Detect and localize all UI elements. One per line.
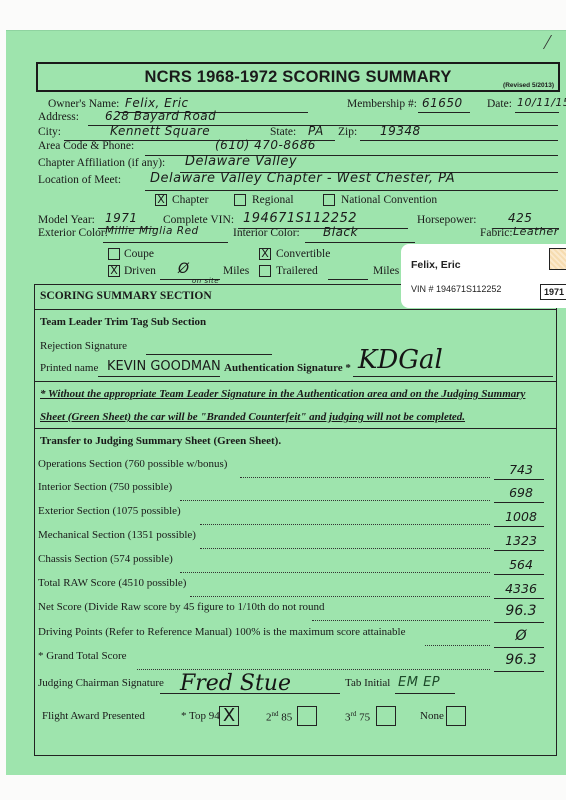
chairman-signature-line — [160, 693, 340, 694]
membership-line — [418, 112, 470, 113]
driven-checkbox-label: Driven — [124, 265, 156, 277]
driven-miles-field[interactable]: Ø — [178, 261, 190, 277]
mechanical-score[interactable]: 1323 — [498, 533, 544, 548]
net-score-label-text: Net Score (Divide Raw score by 45 figure… — [38, 601, 325, 613]
exterior-color-line — [103, 242, 228, 243]
trailered-miles-label: Miles — [373, 265, 399, 277]
date-line — [515, 112, 559, 113]
printed-name-field[interactable]: KEVIN GOODMAN — [107, 359, 221, 374]
chapter-affiliation-label: Chapter Affiliation (if any): — [38, 157, 165, 169]
grand-total-score[interactable]: 96.3 — [498, 652, 544, 668]
flight-award-label: Flight Award Presented — [42, 710, 145, 722]
score-line — [494, 526, 544, 527]
operations-label: Operations Section (760 possible w/bonus… — [38, 458, 227, 470]
printed-name-line — [98, 376, 220, 377]
chairman-signature-label: Judging Chairman Signature — [38, 677, 164, 689]
sticker-vin: VIN # 194671S112252 — [411, 284, 501, 294]
leader-dots — [180, 572, 490, 573]
state-field[interactable]: PA — [308, 124, 324, 138]
award-top-94-label: * Top 94 — [181, 710, 220, 722]
operations-score[interactable]: 743 — [498, 462, 544, 477]
color-swatch-icon — [549, 248, 566, 270]
regional-checkbox[interactable] — [234, 194, 246, 206]
printed-name-label: Printed name — [40, 362, 98, 374]
interior-color-label: Interior Color: — [233, 227, 300, 239]
vin-field[interactable]: 194671S112252 — [243, 211, 357, 226]
warning-line-1: * Without the appropriate Team Leader Si… — [40, 388, 525, 400]
authentication-signature-label: Authentication Signature * — [224, 362, 351, 374]
trailered-checkbox-label: Trailered — [276, 265, 318, 277]
coupe-checkbox[interactable] — [108, 248, 120, 260]
interior-score[interactable]: 698 — [498, 485, 544, 500]
city-label: City: — [38, 126, 61, 138]
sticker-owner-name: Felix, Eric — [411, 259, 461, 271]
trailered-miles-line — [328, 279, 368, 280]
exterior-color-field[interactable]: Millie Miglia Red — [105, 225, 199, 237]
zip-field[interactable]: 19348 — [380, 124, 421, 138]
authentication-signature-field[interactable]: KDGal — [358, 345, 443, 375]
driven-checkbox[interactable]: X — [108, 265, 120, 277]
divider — [34, 381, 557, 382]
tab-initial-label: Tab Initial — [345, 677, 390, 689]
driving-points-score[interactable]: Ø — [498, 628, 544, 644]
award-3rd-75-label: 3rd 75 — [345, 710, 370, 724]
net-score[interactable]: 96.3 — [498, 603, 544, 619]
national-checkbox-label: National Convention — [341, 194, 437, 206]
regional-checkbox-label: Regional — [252, 194, 294, 206]
rejection-signature-line[interactable] — [146, 354, 272, 355]
horsepower-field[interactable]: 425 — [508, 211, 532, 225]
form-title: NCRS 1968-1972 SCORING SUMMARY — [38, 68, 558, 87]
interior-color-field[interactable]: Black — [323, 225, 358, 239]
score-line — [494, 647, 544, 648]
membership-label: Membership #: — [347, 98, 417, 110]
national-checkbox[interactable] — [323, 194, 335, 206]
location-line — [145, 190, 558, 191]
divider — [34, 309, 557, 310]
leader-dots — [137, 669, 490, 670]
vehicle-sticker-label: Felix, Eric VIN # 194671S112252 1971 — [401, 244, 566, 308]
transfer-title: Transfer to Judging Summary Sheet (Green… — [40, 435, 281, 447]
warning-line-2: Sheet (Green Sheet) the car will be "Bra… — [40, 411, 465, 423]
leader-dots — [312, 620, 490, 621]
location-field[interactable]: Delaware Valley Chapter - West Chester, … — [150, 171, 455, 186]
driven-miles-label: Miles — [223, 265, 249, 277]
leader-dots — [240, 477, 490, 478]
date-field[interactable]: 10/11/15 — [517, 96, 566, 109]
mechanical-label: Mechanical Section (1351 possible) — [38, 529, 196, 541]
authentication-signature-line — [353, 376, 553, 377]
membership-field[interactable]: 61650 — [422, 96, 463, 110]
score-line — [494, 574, 544, 575]
score-line — [494, 671, 544, 672]
score-line — [494, 598, 544, 599]
interior-color-line — [305, 242, 415, 243]
model-year-field[interactable]: 1971 — [105, 211, 138, 225]
chapter-checkbox-label: Chapter — [172, 194, 208, 206]
interior-label: Interior Section (750 possible) — [38, 481, 172, 493]
fabric-label: Fabric: — [480, 227, 513, 239]
tab-initial-field[interactable]: EM EP — [398, 675, 440, 690]
leader-dots — [200, 524, 490, 525]
owner-name-field[interactable]: Felix, Eric — [125, 96, 189, 110]
total-raw-label: Total RAW Score (4510 possible) — [38, 577, 186, 589]
zip-label: Zip: — [338, 126, 357, 138]
city-field[interactable]: Kennett Square — [110, 124, 210, 138]
phone-field[interactable]: (610) 470-8686 — [215, 138, 316, 152]
address-field[interactable]: 628 Bayard Road — [105, 109, 216, 123]
score-line — [494, 502, 544, 503]
model-year-label: Model Year: — [38, 214, 95, 226]
exterior-score[interactable]: 1008 — [498, 509, 544, 524]
form-title-box: NCRS 1968-1972 SCORING SUMMARY (Revised … — [36, 62, 560, 92]
award-top-94-checkbox[interactable]: X — [219, 706, 239, 726]
revision-note: (Revised 5/2013) — [503, 82, 554, 89]
chassis-score[interactable]: 564 — [498, 557, 544, 572]
zip-line — [360, 140, 558, 141]
score-line — [494, 479, 544, 480]
award-3rd-75-checkbox[interactable] — [376, 706, 396, 726]
warning-text-1: * Without the appropriate Team Leader Si… — [40, 388, 525, 400]
trim-tag-title: Team Leader Trim Tag Sub Section — [40, 316, 206, 328]
exterior-label: Exterior Section (1075 possible) — [38, 505, 181, 517]
warning-text-2: Sheet (Green Sheet) the car will be "Bra… — [40, 411, 465, 423]
state-label: State: — [270, 126, 296, 138]
award-none-label: None — [420, 710, 444, 722]
divider — [34, 428, 557, 429]
tab-initial-line — [395, 693, 455, 694]
grand-total-label: * Grand Total Score — [38, 650, 127, 662]
leader-dots — [190, 596, 490, 597]
exterior-color-label: Exterior Color: — [38, 227, 108, 239]
coupe-checkbox-label: Coupe — [124, 248, 154, 260]
score-line — [494, 622, 544, 623]
rejection-signature-label: Rejection Signature — [40, 340, 127, 352]
leader-dots — [200, 548, 490, 549]
convertible-checkbox[interactable]: X — [259, 248, 271, 260]
convertible-checkbox-label: Convertible — [276, 248, 330, 260]
net-score-label: Net Score (Divide Raw score by 45 figure… — [38, 601, 325, 613]
award-2nd-85-checkbox[interactable] — [297, 706, 317, 726]
chapter-checkbox[interactable]: X — [155, 194, 167, 206]
chassis-label: Chassis Section (574 possible) — [38, 553, 173, 565]
leader-dots — [180, 500, 490, 501]
chapter-affiliation-field[interactable]: Delaware Valley — [185, 154, 297, 169]
award-none-checkbox[interactable] — [446, 706, 466, 726]
phone-label: Area Code & Phone: — [38, 140, 134, 152]
trailered-checkbox[interactable] — [259, 265, 271, 277]
date-label: Date: — [487, 98, 512, 110]
sticker-year: 1971 — [540, 284, 566, 300]
location-label: Location of Meet: — [38, 174, 121, 186]
award-2nd-85-label: 2nd 85 — [266, 710, 292, 724]
horsepower-label: Horsepower: — [417, 214, 476, 226]
total-raw-score[interactable]: 4336 — [498, 581, 544, 596]
driving-points-label: Driving Points (Refer to Reference Manua… — [38, 626, 405, 638]
fabric-field[interactable]: Leather — [513, 225, 559, 238]
leader-dots — [425, 645, 490, 646]
score-line — [494, 550, 544, 551]
scoring-section-title: SCORING SUMMARY SECTION — [40, 290, 212, 302]
address-label: Address: — [38, 111, 79, 123]
